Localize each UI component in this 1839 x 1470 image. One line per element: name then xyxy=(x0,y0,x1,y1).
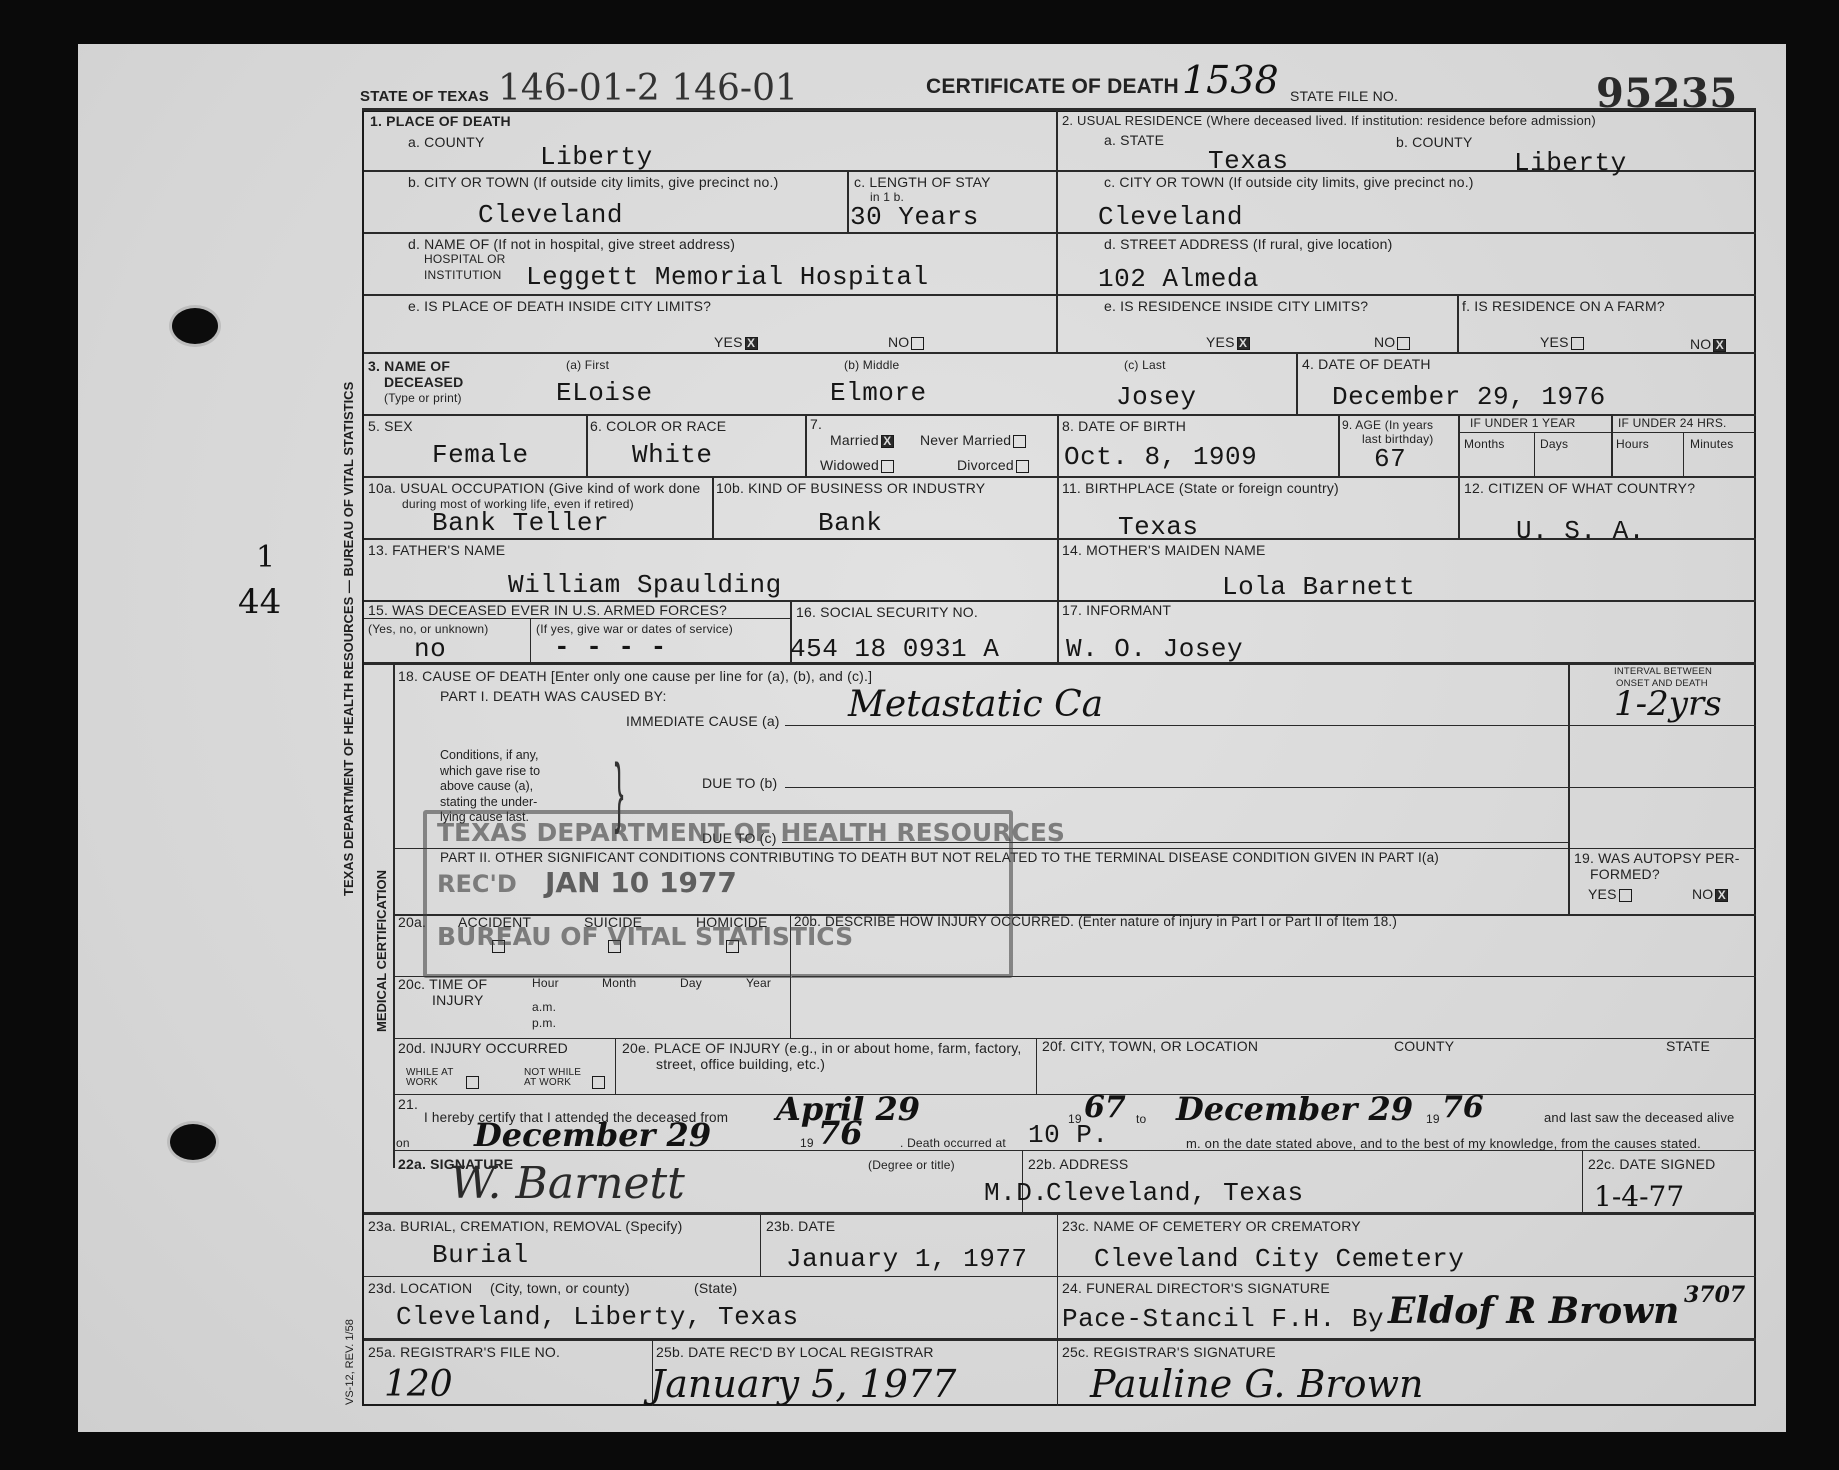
occupation-label: 10a. USUAL OCCUPATION (Give kind of work… xyxy=(368,480,700,496)
death-inside-limits-label: e. IS PLACE OF DEATH INSIDE CITY LIMITS? xyxy=(408,298,711,314)
divider xyxy=(395,1094,1756,1095)
dob-label: 8. DATE OF BIRTH xyxy=(1062,418,1186,434)
hospital-value: Leggett Memorial Hospital xyxy=(526,262,929,292)
cemetery-label: 23c. NAME OF CEMETERY OR CREMATORY xyxy=(1062,1218,1361,1234)
punch-hole-top xyxy=(172,308,218,344)
birthplace-label: 11. BIRTHPLACE (State or foreign country… xyxy=(1062,480,1339,496)
cause-of-death-label: 18. CAUSE OF DEATH [Enter only one cause… xyxy=(398,668,872,684)
divider xyxy=(1458,432,1756,433)
hospital-label-1: d. NAME OF (If not in hospital, give str… xyxy=(408,236,735,252)
informant-value: W. O. Josey xyxy=(1066,634,1243,664)
residence-state-label: a. STATE xyxy=(1104,132,1164,148)
cemetery-value: Cleveland City Cemetery xyxy=(1094,1244,1464,1274)
never-married-option: Never Married xyxy=(920,432,1026,448)
father-value: William Spaulding xyxy=(508,570,782,600)
cert-text-2: and last saw the deceased alive xyxy=(1544,1110,1735,1125)
immediate-cause-label: IMMEDIATE CAUSE (a) xyxy=(626,713,780,729)
length-of-stay-value: 30 Years xyxy=(850,202,979,232)
date-of-death-label: 4. DATE OF DEATH xyxy=(1302,356,1431,372)
registrar-signature: Pauline G. Brown xyxy=(1090,1362,1423,1406)
divider xyxy=(1611,414,1613,476)
death-inside-limits-no: NO xyxy=(888,334,924,350)
punch-hole-bottom xyxy=(170,1124,216,1160)
mother-label: 14. MOTHER'S MAIDEN NAME xyxy=(1062,542,1266,558)
residence-street-label: d. STREET ADDRESS (If rural, give locati… xyxy=(1104,236,1392,252)
autopsy-yes: YES xyxy=(1588,886,1632,902)
burial-location-value: Cleveland, Liberty, Texas xyxy=(396,1302,799,1332)
divider xyxy=(1568,787,1756,788)
month-label: Month xyxy=(602,976,636,990)
sex-label: 5. SEX xyxy=(368,418,413,434)
divider xyxy=(1568,725,1756,726)
residence-city-label: c. CITY OR TOWN (If outside city limits,… xyxy=(1104,174,1474,190)
divider xyxy=(364,662,1756,665)
physician-signature: W. Barnett xyxy=(450,1158,685,1209)
cert-occurred-at-label: . Death occurred at xyxy=(900,1136,1006,1150)
divider xyxy=(1338,414,1340,476)
divider xyxy=(1296,352,1298,414)
widowed-option: Widowed xyxy=(820,457,894,473)
divider xyxy=(364,294,1756,296)
checkbox-widowed[interactable] xyxy=(881,460,894,473)
under-24-hrs-label: IF UNDER 24 HRS. xyxy=(1618,416,1727,430)
funeral-license-number: 3707 xyxy=(1684,1282,1745,1308)
divider xyxy=(712,476,714,538)
death-city-label: b. CITY OR TOWN (If outside city limits,… xyxy=(408,174,778,190)
registrar-date-label: 25b. DATE REC'D BY LOCAL REGISTRAR xyxy=(656,1344,934,1360)
checkbox-married[interactable]: X xyxy=(881,435,894,448)
race-value: White xyxy=(632,440,713,470)
middle-name-value: Elmore xyxy=(830,378,927,408)
cause-a-line xyxy=(785,725,1568,726)
residence-farm-yes: YES xyxy=(1540,334,1584,350)
am-label: a.m. xyxy=(532,1000,556,1014)
title-handwritten-number: 1538 xyxy=(1182,58,1279,102)
divider xyxy=(364,1276,1756,1277)
under-1-year-label: IF UNDER 1 YEAR xyxy=(1470,416,1575,430)
checkbox-death-inside-no[interactable] xyxy=(911,337,924,350)
residence-farm-label: f. IS RESIDENCE ON A FARM? xyxy=(1462,298,1665,314)
burial-location-label: 23d. LOCATION xyxy=(368,1280,472,1296)
funeral-director-signature: Eldof R Brown xyxy=(1388,1290,1679,1332)
margin-note-2: 44 xyxy=(238,582,281,622)
funeral-director-value: Pace-Stancil F.H. By xyxy=(1062,1304,1384,1334)
death-city-value: Cleveland xyxy=(478,200,623,230)
divider xyxy=(364,1212,1756,1215)
armed-forces-value: no xyxy=(414,634,446,664)
divider xyxy=(1534,432,1535,476)
part1-label: PART I. DEATH WAS CAUSED BY: xyxy=(440,688,667,704)
checkbox-death-inside-yes[interactable]: X xyxy=(745,337,758,350)
cert-last-seen: December 29 xyxy=(474,1116,711,1154)
divider xyxy=(1568,848,1756,849)
date-of-death-value: December 29, 1976 xyxy=(1332,382,1606,412)
date-signed-label: 22c. DATE SIGNED xyxy=(1588,1156,1715,1172)
margin-vertical-agency: TEXAS DEPARTMENT OF HEALTH RESOURCES — B… xyxy=(341,382,356,896)
divider xyxy=(1057,1340,1058,1406)
while-at-work-label: WHILE ATWORK xyxy=(406,1068,454,1088)
ssn-value: 454 18 0931 A xyxy=(790,634,999,664)
cert-to-year-prefix: 19 xyxy=(1426,1112,1440,1126)
burial-date-label: 23b. DATE xyxy=(766,1218,835,1234)
place-of-injury-label-2: street, office building, etc.) xyxy=(656,1056,825,1072)
checkbox-farm-no[interactable]: X xyxy=(1713,339,1726,352)
residence-street-value: 102 Almeda xyxy=(1098,264,1259,294)
divider xyxy=(1057,414,1059,476)
first-name-label: (a) First xyxy=(566,358,609,372)
cert-text-3: m. on the date stated above, and to the … xyxy=(1186,1136,1701,1151)
occupation-value: Bank Teller xyxy=(432,508,609,538)
divider xyxy=(760,1214,761,1276)
cert-on-label: on xyxy=(396,1136,410,1150)
form-number: VS-12, REV. 1/58 xyxy=(344,1319,356,1405)
address-value: Cleveland, Texas xyxy=(1046,1178,1304,1208)
residence-county-label: b. COUNTY xyxy=(1396,134,1472,150)
not-while-at-work-label: NOT WHILEAT WORK xyxy=(524,1068,581,1088)
age-label: 9. AGE (In years xyxy=(1342,418,1433,432)
cert-to-year: 76 xyxy=(1442,1090,1484,1125)
address-label: 22b. ADDRESS xyxy=(1028,1156,1128,1172)
cert-to-label: to xyxy=(1136,1112,1146,1126)
funeral-director-label: 24. FUNERAL DIRECTOR'S SIGNATURE xyxy=(1062,1280,1330,1296)
father-label: 13. FATHER'S NAME xyxy=(368,542,505,558)
days-label: Days xyxy=(1540,437,1568,451)
degree-label: (Degree or title) xyxy=(868,1158,955,1172)
burial-date-value: January 1, 1977 xyxy=(786,1244,1028,1274)
length-of-stay-label: c. LENGTH OF STAY xyxy=(854,174,991,190)
divider xyxy=(364,232,1756,234)
burial-value: Burial xyxy=(432,1240,529,1270)
stamp-line-2-prefix: REC'D xyxy=(437,870,517,898)
armed-forces-dates: - - - - xyxy=(554,632,667,662)
registrar-file-value: 120 xyxy=(384,1364,453,1405)
residence-farm-no: NOX xyxy=(1690,336,1726,352)
citizen-label: 12. CITIZEN OF WHAT COUNTRY? xyxy=(1464,480,1695,496)
cause-b-line xyxy=(785,787,1568,788)
checkbox-autopsy-no[interactable]: X xyxy=(1715,889,1728,902)
divider xyxy=(615,1038,616,1094)
residence-city-value: Cleveland xyxy=(1098,202,1243,232)
header-handwritten-codes: 146-01-2 146-01 xyxy=(498,68,798,109)
dob-value: Oct. 8, 1909 xyxy=(1064,442,1257,472)
divider xyxy=(1568,662,1570,914)
divider xyxy=(586,414,588,476)
informant-label: 17. INFORMANT xyxy=(1062,602,1171,618)
residence-inside-limits-label: e. IS RESIDENCE INSIDE CITY LIMITS? xyxy=(1104,298,1368,314)
hospital-label-3: INSTITUTION xyxy=(424,268,502,282)
hour-label: Hour xyxy=(532,976,559,990)
burial-label: 23a. BURIAL, CREMATION, REMOVAL (Specify… xyxy=(368,1218,682,1234)
divider xyxy=(364,1338,1756,1341)
injury-state-label: STATE xyxy=(1666,1038,1710,1054)
due-to-b-label: DUE TO (b) xyxy=(702,775,777,791)
time-of-injury-label: 20c. TIME OF xyxy=(398,976,487,992)
name-of-deceased-label-3: (Type or print) xyxy=(384,391,462,405)
divider xyxy=(1057,538,1059,662)
interval-label-1: INTERVAL BETWEEN xyxy=(1614,666,1712,677)
injury-20a-label: 20a. xyxy=(398,914,426,930)
residence-state-value: Texas xyxy=(1208,146,1289,176)
stamp-line-1: TEXAS DEPARTMENT OF HEALTH RESOURCES xyxy=(437,818,1065,847)
state-of-texas-label: STATE OF TEXAS xyxy=(360,88,489,105)
checkbox-farm-yes[interactable] xyxy=(1571,337,1584,350)
birthplace-value: Texas xyxy=(1118,512,1199,542)
interval-value: 1-2yrs xyxy=(1614,684,1722,724)
race-label: 6. COLOR OR RACE xyxy=(590,418,726,434)
residence-inside-no: NO xyxy=(1374,334,1410,350)
usual-residence-label: 2. USUAL RESIDENCE (Where deceased lived… xyxy=(1062,113,1596,128)
burial-location-sub-1: (City, town, or county) xyxy=(490,1280,630,1296)
injury-occurred-label: 20d. INJURY OCCURRED xyxy=(398,1040,568,1056)
divider xyxy=(805,414,807,476)
middle-name-label: (b) Middle xyxy=(844,358,899,372)
autopsy-no: NOX xyxy=(1692,886,1728,902)
cert-last-seen-year: 76 xyxy=(818,1114,863,1152)
certificate-title: CERTIFICATE OF DEATH xyxy=(926,75,1179,99)
checkbox-while-at-work[interactable] xyxy=(466,1076,479,1089)
business-label: 10b. KIND OF BUSINESS OR INDUSTRY xyxy=(716,480,985,496)
divider xyxy=(364,352,1756,354)
checkbox-not-while-at-work[interactable] xyxy=(592,1076,605,1089)
ssn-label: 16. SOCIAL SECURITY NO. xyxy=(796,604,978,620)
divider xyxy=(1582,1150,1583,1212)
divider xyxy=(1036,1038,1037,1094)
checkbox-autopsy-yes[interactable] xyxy=(1619,889,1632,902)
immediate-cause-value: Metastatic Ca xyxy=(848,684,1103,725)
checkbox-residence-inside-yes[interactable]: X xyxy=(1237,337,1250,350)
first-name-value: ELoise xyxy=(556,378,653,408)
divider xyxy=(847,170,849,232)
cert-last-seen-year-prefix: 19 xyxy=(800,1136,814,1150)
checkbox-never-married[interactable] xyxy=(1013,435,1026,448)
divider xyxy=(1057,1214,1058,1338)
cert-time-value: 10 P. xyxy=(1028,1120,1109,1150)
citizen-value: U. S. A. xyxy=(1516,516,1645,546)
name-of-deceased-label-2: DECEASED xyxy=(384,374,463,390)
checkbox-divorced[interactable] xyxy=(1016,460,1029,473)
state-file-label: STATE FILE NO. xyxy=(1290,88,1398,104)
margin-note-1: 1 xyxy=(256,540,275,575)
injury-county-label: COUNTY xyxy=(1394,1038,1454,1054)
last-name-label: (c) Last xyxy=(1124,358,1166,372)
age-value: 67 xyxy=(1374,444,1406,474)
year-label: Year xyxy=(746,976,771,990)
divorced-option: Divorced xyxy=(957,457,1029,473)
business-value: Bank xyxy=(818,508,882,538)
divider xyxy=(1683,432,1684,476)
hospital-label-2: HOSPITAL OR xyxy=(424,252,506,266)
married-option: MarriedX xyxy=(830,432,894,448)
autopsy-label-2: FORMED? xyxy=(1590,866,1660,882)
sex-value: Female xyxy=(432,440,529,470)
divider xyxy=(364,476,1756,478)
autopsy-label: 19. WAS AUTOPSY PER- xyxy=(1574,850,1740,866)
armed-forces-label: 15. WAS DECEASED EVER IN U.S. ARMED FORC… xyxy=(368,602,727,618)
checkbox-residence-inside-no[interactable] xyxy=(1397,337,1410,350)
received-stamp: TEXAS DEPARTMENT OF HEALTH RESOURCES REC… xyxy=(423,810,1013,978)
divider xyxy=(1056,110,1058,352)
pm-label: p.m. xyxy=(532,1016,556,1030)
header-rule xyxy=(362,108,1756,111)
death-county-value: Liberty xyxy=(540,142,653,172)
time-of-injury-label-2: INJURY xyxy=(432,992,484,1008)
residence-inside-yes: YESX xyxy=(1206,334,1250,350)
minutes-label: Minutes xyxy=(1690,437,1733,451)
divider xyxy=(364,618,790,619)
registrar-signature-label: 25c. REGISTRAR'S SIGNATURE xyxy=(1062,1344,1276,1360)
death-county-label: a. COUNTY xyxy=(408,134,484,150)
name-of-deceased-label: 3. NAME OF xyxy=(368,358,450,374)
cert-to-date: December 29 xyxy=(1176,1090,1413,1128)
months-label: Months xyxy=(1464,437,1505,451)
cert-21-label: 21. xyxy=(398,1096,418,1112)
registrar-file-label: 25a. REGISTRAR'S FILE NO. xyxy=(368,1344,560,1360)
death-inside-limits-yes: YESX xyxy=(714,334,758,350)
stamp-line-2-date: JAN 10 1977 xyxy=(545,866,737,899)
place-of-death-label: 1. PLACE OF DEATH xyxy=(370,113,511,129)
place-of-injury-label: 20e. PLACE OF INJURY (e.g., in or about … xyxy=(622,1040,1022,1056)
divider xyxy=(1457,294,1459,352)
mother-value: Lola Barnett xyxy=(1222,572,1415,602)
last-name-value: Josey xyxy=(1116,382,1197,412)
stamp-line-3: BUREAU OF VITAL STATISTICS xyxy=(437,922,853,951)
divider xyxy=(1057,476,1059,538)
degree-value: M.D. xyxy=(984,1178,1048,1208)
injury-city-label: 20f. CITY, TOWN, OR LOCATION xyxy=(1042,1038,1258,1054)
registrar-date-value: January 5, 1977 xyxy=(650,1362,956,1406)
day-label: Day xyxy=(680,976,702,990)
marital-label: 7. xyxy=(810,416,822,432)
divider xyxy=(530,618,531,662)
date-signed-value: 1-4-77 xyxy=(1594,1180,1684,1213)
hours-label: Hours xyxy=(1616,437,1649,451)
residence-county-value: Liberty xyxy=(1514,148,1627,178)
burial-location-sub-2: (State) xyxy=(694,1280,737,1296)
